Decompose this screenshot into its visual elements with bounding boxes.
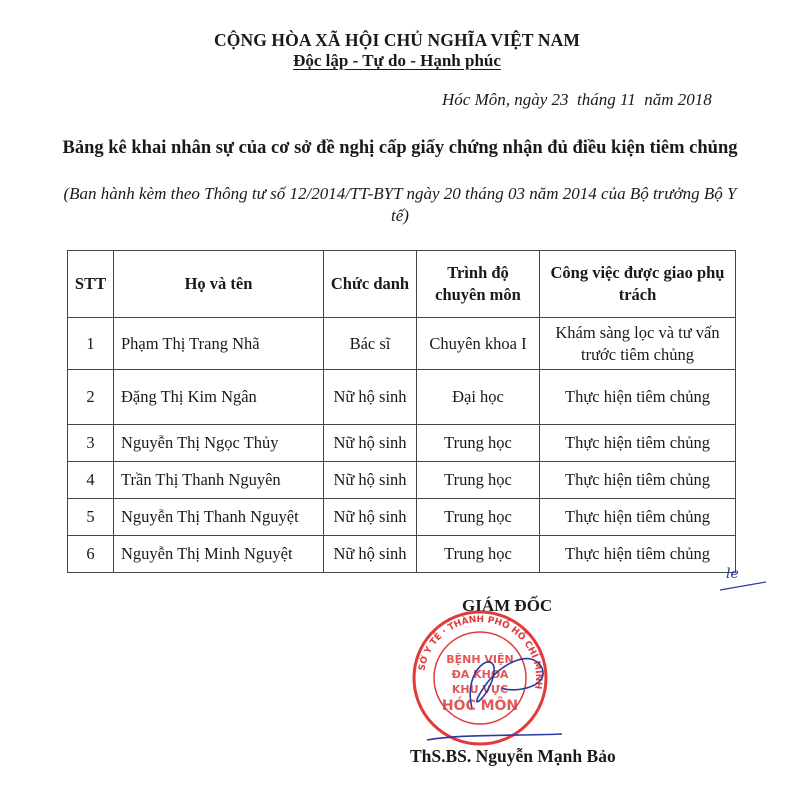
cell-stt: 5 — [68, 499, 114, 536]
cell-stt: 2 — [68, 370, 114, 425]
cell-position: Nữ hộ sinh — [324, 425, 417, 462]
cell-qualification: Chuyên khoa I — [417, 318, 540, 370]
cell-qualification: Trung học — [417, 499, 540, 536]
cell-position: Nữ hộ sinh — [324, 462, 417, 499]
col-header-name: Họ và tên — [114, 251, 324, 318]
national-heading: CỘNG HÒA XÃ HỘI CHỦ NGHĨA VIỆT NAM — [0, 30, 794, 51]
svg-text:BỆNH VIỆN: BỆNH VIỆN — [446, 653, 513, 666]
document-subtitle: (Ban hành kèm theo Thông tư số 12/2014/T… — [60, 183, 740, 227]
national-motto: Độc lập - Tự do - Hạnh phúc — [0, 51, 794, 71]
cell-stt: 6 — [68, 536, 114, 573]
cell-duty: Khám sàng lọc và tư vấn trước tiêm chủng — [540, 318, 736, 370]
cell-duty: Thực hiện tiêm chủng — [540, 499, 736, 536]
cell-name: Đặng Thị Kim Ngân — [114, 370, 324, 425]
table-row: 3Nguyễn Thị Ngọc ThủyNữ hộ sinhTrung học… — [68, 425, 736, 462]
cell-name: Nguyễn Thị Thanh Nguyệt — [114, 499, 324, 536]
cell-name: Trần Thị Thanh Nguyên — [114, 462, 324, 499]
cell-duty: Thực hiện tiêm chủng — [540, 462, 736, 499]
cell-qualification: Đại học — [417, 370, 540, 425]
svg-text:le: le — [726, 566, 739, 582]
col-header-position: Chức danh — [324, 251, 417, 318]
cell-duty: Thực hiện tiêm chủng — [540, 425, 736, 462]
col-header-stt: STT — [68, 251, 114, 318]
cell-stt: 1 — [68, 318, 114, 370]
place-date: Hóc Môn, ngày 23 tháng 11 năm 2018 — [442, 90, 712, 110]
table-row: 5Nguyễn Thị Thanh NguyệtNữ hộ sinhTrung … — [68, 499, 736, 536]
cell-qualification: Trung học — [417, 536, 540, 573]
cell-duty: Thực hiện tiêm chủng — [540, 536, 736, 573]
cell-name: Nguyễn Thị Ngọc Thủy — [114, 425, 324, 462]
cell-name: Phạm Thị Trang Nhã — [114, 318, 324, 370]
cell-position: Nữ hộ sinh — [324, 536, 417, 573]
cell-qualification: Trung học — [417, 462, 540, 499]
document-title: Bảng kê khai nhân sự của cơ sở đề nghị c… — [60, 137, 740, 159]
table-row: 2Đặng Thị Kim NgânNữ hộ sinhĐại họcThực … — [68, 370, 736, 425]
table-row: 1Phạm Thị Trang NhãBác sĩChuyên khoa IKh… — [68, 318, 736, 370]
cell-position: Nữ hộ sinh — [324, 370, 417, 425]
table-row: 6Nguyễn Thị Minh NguyệtNữ hộ sinhTrung h… — [68, 536, 736, 573]
staff-table: STT Họ và tên Chức danh Trình độ chuyên … — [67, 250, 736, 573]
svg-text:HÓC MÔN: HÓC MÔN — [442, 696, 518, 714]
official-stamp-icon: BỆNH VIỆN ĐA KHOA KHU VỰC HÓC MÔN SỞ Y T… — [402, 608, 562, 750]
signer-name: ThS.BS. Nguyễn Mạnh Bảo — [410, 746, 616, 767]
motto-text: Độc lập - Tự do - Hạnh phúc — [293, 51, 501, 70]
cell-position: Nữ hộ sinh — [324, 499, 417, 536]
cell-stt: 3 — [68, 425, 114, 462]
handwritten-initial-icon: le — [716, 560, 776, 596]
cell-name: Nguyễn Thị Minh Nguyệt — [114, 536, 324, 573]
col-header-duty: Công việc được giao phụ trách — [540, 251, 736, 318]
cell-position: Bác sĩ — [324, 318, 417, 370]
cell-qualification: Trung học — [417, 425, 540, 462]
table-row: 4Trần Thị Thanh NguyênNữ hộ sinhTrung họ… — [68, 462, 736, 499]
cell-duty: Thực hiện tiêm chủng — [540, 370, 736, 425]
table-header-row: STT Họ và tên Chức danh Trình độ chuyên … — [68, 251, 736, 318]
cell-stt: 4 — [68, 462, 114, 499]
col-header-qualification: Trình độ chuyên môn — [417, 251, 540, 318]
